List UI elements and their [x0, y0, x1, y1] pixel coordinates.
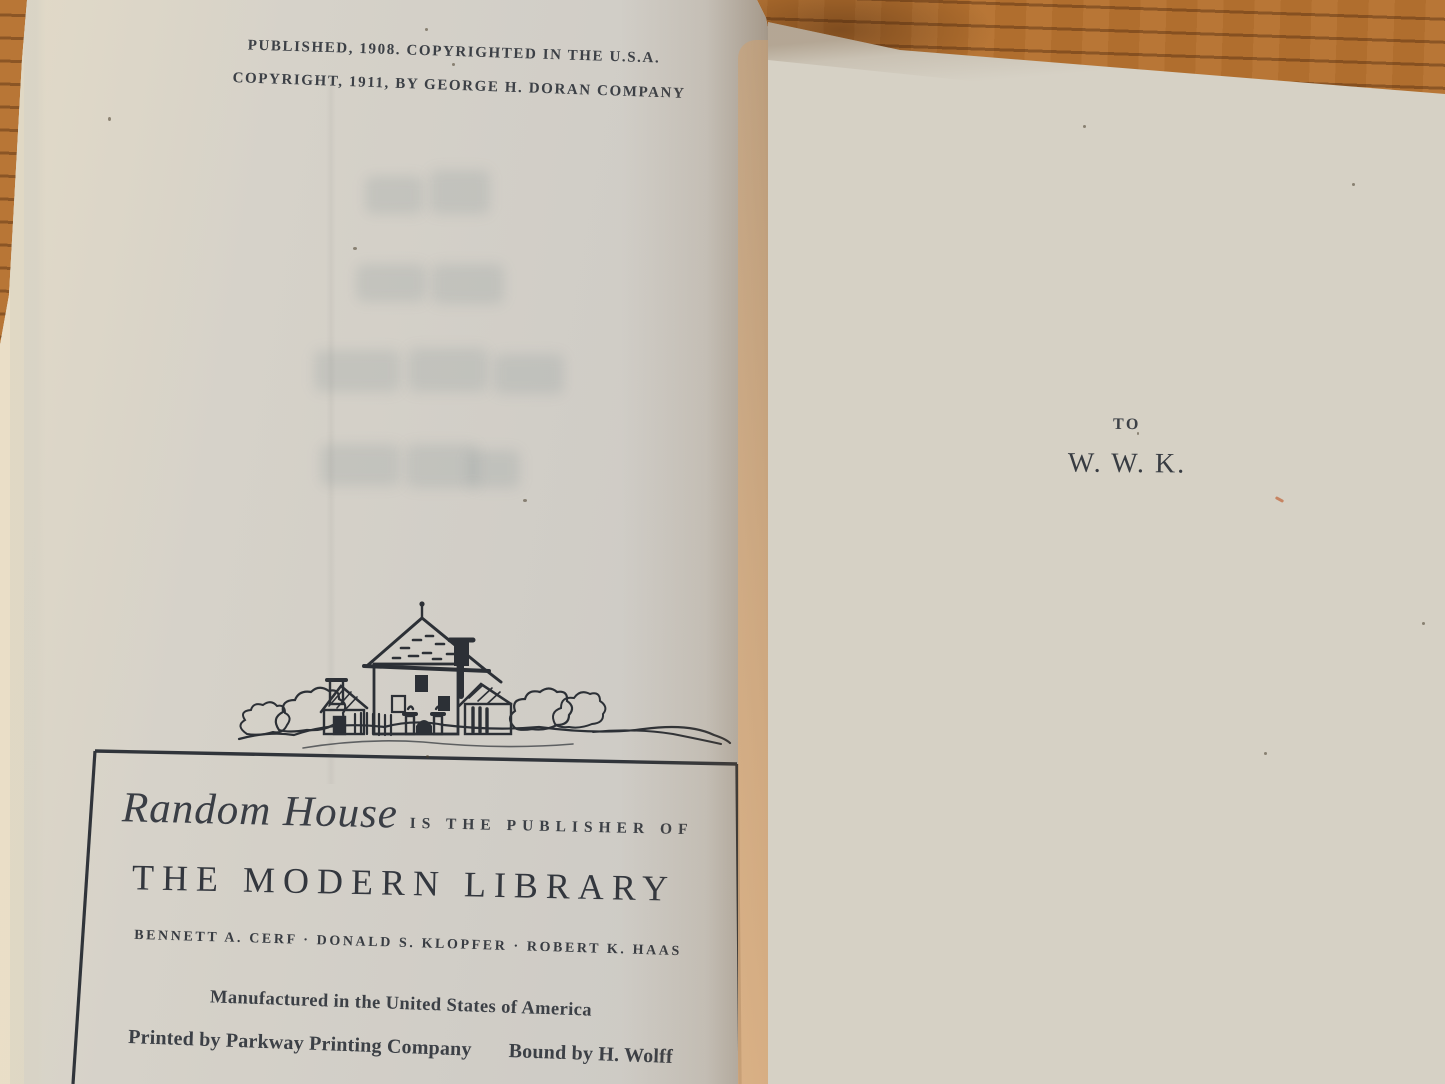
publisher-box-border [0, 0, 775, 1084]
paper-fiber-mark [1275, 496, 1284, 503]
publisher-name-script: Random House [122, 784, 399, 837]
book-photo-scene: { "left_page": { "copyright_line_1": "PU… [0, 0, 1445, 1084]
dedication-initials: W. W. K. [1052, 447, 1202, 480]
dedication-to: TO [1092, 416, 1162, 435]
publisher-line-rest: IS THE PUBLISHER OF [410, 815, 694, 838]
